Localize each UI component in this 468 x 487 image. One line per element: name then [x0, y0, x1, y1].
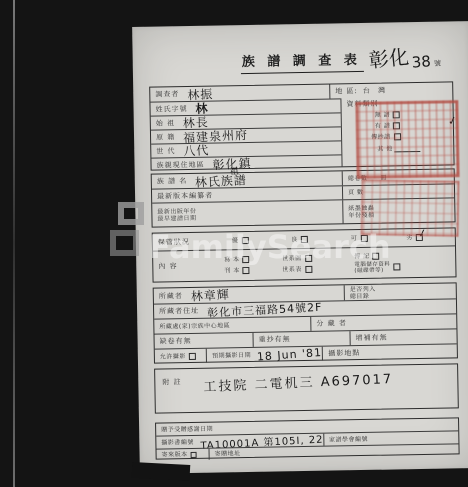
expected-filming-date-label: 預期攝影日期 — [207, 351, 251, 359]
printed-label: 刊 本 — [219, 267, 240, 274]
area-label: 地 區: — [330, 87, 358, 95]
supplemented-label: 增補有無 — [351, 334, 388, 343]
surveyor-label: 調查者 — [150, 90, 179, 99]
form-header: 族 譜 調 查 表 彰化 38 號 — [240, 42, 441, 74]
thanks-date-label: 贈予受贈感謝日期 — [156, 425, 213, 433]
film-scratch-line — [13, 0, 15, 487]
filming-location-label: 攝影地點 — [323, 349, 360, 358]
region-handwritten: 彰化 — [367, 40, 410, 73]
copy-sent-label: 寄來版本 — [157, 451, 188, 459]
logo-square-top — [118, 202, 144, 225]
red-seal-stamp — [355, 100, 459, 179]
microfilm-frame: 族 譜 調 查 表 彰化 38 號 調查者 林振 地 區: 台 灣 姓氏字 — [0, 0, 468, 487]
remarks-label: 附 註 — [157, 378, 181, 386]
familysearch-watermark-text: FamilySearch — [149, 228, 391, 266]
annotation-character: 祖 — [229, 164, 239, 178]
filming-permitted-label: 允許攝影 — [155, 353, 186, 361]
earliest-compilation-date-label: 最早建譜日期 — [152, 214, 196, 222]
clan-residence-label: 族親現住地區 — [151, 160, 204, 169]
origin-label: 原 籍 — [151, 133, 175, 141]
copy-sent-checkbox — [191, 451, 197, 457]
form-number-handwritten: 38 — [411, 52, 431, 71]
holder-label: 所藏者 — [154, 292, 183, 301]
society-number-label: 家譜學會編號 — [324, 435, 368, 443]
missing-volumes-label: 缺卷有無 — [155, 337, 192, 346]
film-book-number-label: 攝影書編號 — [156, 438, 194, 446]
section-holder: 所藏者 林章輝 是否列入 總目錄 所藏者住址 彰化市三福路54號2F 所藏處(家… — [153, 282, 458, 363]
listed-label-2: 總目錄 — [345, 292, 376, 300]
digital-storage-label-2: (磁碟帶等) — [349, 267, 390, 274]
generations-label: 世 代 — [151, 147, 175, 155]
lineage-table-label: 世系表 — [277, 266, 302, 273]
holder-address-label: 所藏者住址 — [154, 307, 199, 316]
section-remarks: 附 註 工技院 二電机三 A697017 — [154, 363, 459, 413]
form-number-suffix: 號 — [434, 59, 441, 71]
clan-center-label: 所藏處(家)宗族中心地區 — [154, 322, 230, 330]
genealogy-title-label: 族 譜 名 — [152, 177, 188, 186]
remarks-value: 工技院 二電机三 A697017 — [203, 368, 393, 395]
first-ancestor-label: 始 祖 — [151, 119, 175, 127]
section-administrative: 贈予受贈感謝日期 攝影書編號 TA10001A 第105Ⅰ, 22 家譜學會編號… — [155, 417, 460, 459]
latest-editor-label: 最新版本編纂者 — [152, 191, 213, 200]
form-title: 族 譜 調 查 表 — [241, 49, 364, 74]
area-value: 台 灣 — [358, 87, 388, 96]
filming-date-handwritten: 18 Jun '81 — [257, 346, 323, 364]
co-holder-label: 分 藏 者 — [311, 319, 347, 328]
recopied-label: 重抄有無 — [254, 335, 291, 344]
digital-storage-checkbox — [393, 263, 400, 270]
mailing-address-label: 寄贈地址 — [210, 450, 241, 458]
familysearch-logo-watermark — [110, 202, 150, 264]
page-corner-shadow — [132, 462, 191, 481]
printed-checkbox — [243, 267, 250, 274]
surname-hall-label: 姓氏字號 — [150, 105, 187, 114]
filming-permitted-checkbox — [189, 352, 196, 359]
lineage-table-checkbox — [305, 266, 312, 273]
logo-square-bottom — [110, 230, 139, 256]
